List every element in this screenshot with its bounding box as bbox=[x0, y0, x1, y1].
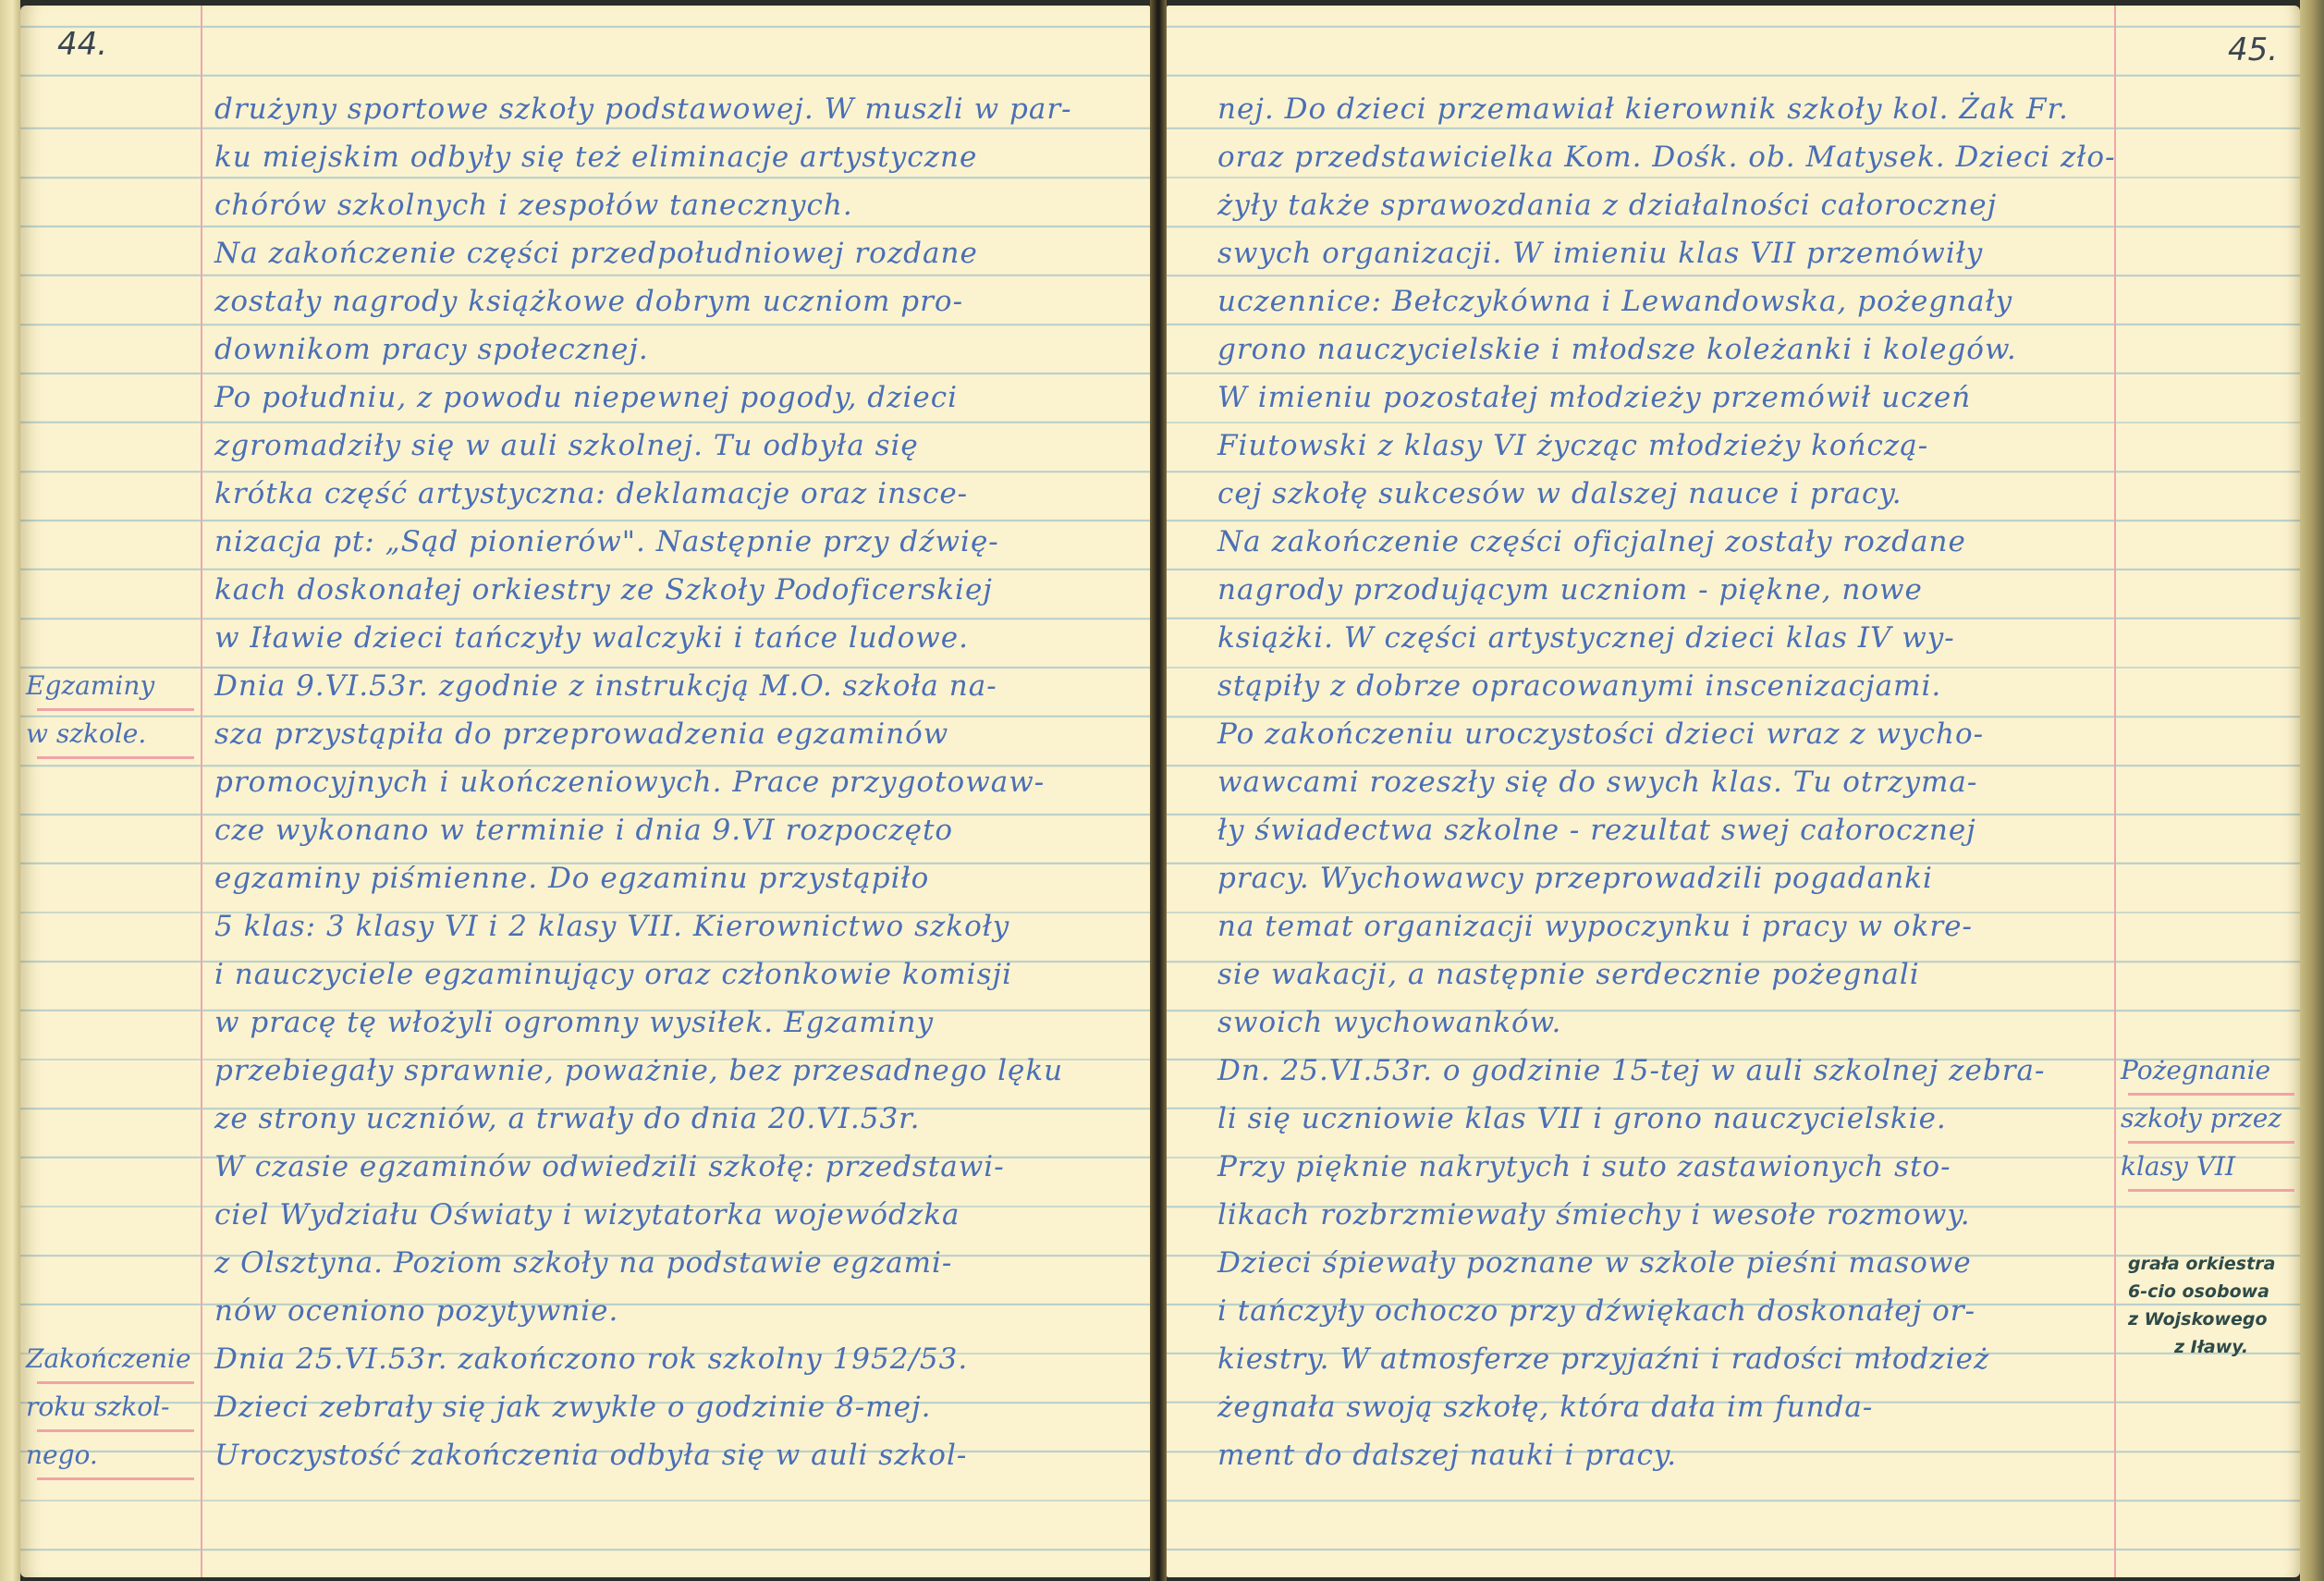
text-line: Uroczystość zakończenia odbyła się w aul… bbox=[214, 1437, 967, 1474]
page-number: 44. bbox=[57, 26, 107, 63]
pencil-note-line: 6-cio osobowa bbox=[2128, 1280, 2269, 1304]
pencil-note-line: z Iławy. bbox=[2174, 1335, 2248, 1359]
text-line: swych organizacji. W imieniu klas VII pr… bbox=[1217, 235, 1983, 272]
margin-heading: nego. bbox=[26, 1437, 98, 1474]
text-line: kiestry. W atmosferze przyjaźni i radośc… bbox=[1217, 1341, 1989, 1378]
left-book-edge bbox=[0, 0, 20, 1581]
text-line: li się uczniowie klas VII i grono nauczy… bbox=[1217, 1100, 1947, 1137]
text-line: downikom pracy społecznej. bbox=[214, 331, 649, 368]
text-line: Dzieci śpiewały poznane w szkole pieśni … bbox=[1217, 1244, 1972, 1281]
text-line: 5 klas: 3 klasy VI i 2 klasy VII. Kierow… bbox=[214, 908, 1009, 945]
margin-heading: w szkole. bbox=[26, 716, 146, 753]
text-line: żegnała swoją szkołę, która dała im fund… bbox=[1217, 1389, 1873, 1426]
text-line: oraz przedstawicielka Kom. Dośk. ob. Mat… bbox=[1217, 139, 2116, 176]
text-line: cej szkołę sukcesów w dalszej nauce i pr… bbox=[1217, 475, 1902, 512]
text-line: cze wykonano w terminie i dnia 9.VI rozp… bbox=[214, 812, 953, 849]
text-line: i nauczyciele egzaminujący oraz członkow… bbox=[214, 956, 1012, 993]
margin-heading-underline bbox=[37, 756, 194, 759]
text-line: Dnia 25.VI.53r. zakończono rok szkolny 1… bbox=[214, 1341, 968, 1378]
text-line: grono nauczycielskie i młodsze koleżanki… bbox=[1217, 331, 2017, 368]
margin-heading-underline bbox=[37, 708, 194, 711]
margin-heading: Egzaminy bbox=[26, 668, 154, 705]
text-line: W czasie egzaminów odwiedzili szkołę: pr… bbox=[214, 1148, 1005, 1185]
text-line: drużyny sportowe szkoły podstawowej. W m… bbox=[214, 91, 1072, 128]
text-line: chórów szkolnych i zespołów tanecznych. bbox=[214, 187, 853, 224]
page-number: 45. bbox=[2228, 31, 2278, 68]
margin-heading-underline bbox=[37, 1429, 194, 1432]
text-line: Po południu, z powodu niepewnej pogody, … bbox=[214, 379, 958, 416]
text-line: w pracę tę włożyli ogromny wysiłek. Egza… bbox=[214, 1004, 934, 1041]
text-line: ły świadectwa szkolne - rezultat swej ca… bbox=[1217, 812, 1976, 849]
margin-heading-underline bbox=[37, 1477, 194, 1480]
right-page: 45. nej. Do dzieci przemawiał kierownik … bbox=[1167, 6, 2300, 1577]
left-margin-rule bbox=[201, 6, 202, 1577]
pencil-note-line: z Wojskowego bbox=[2128, 1307, 2268, 1331]
text-line: stąpiły z dobrze opracowanymi inscenizac… bbox=[1217, 668, 1941, 705]
text-line: Dnia 9.VI.53r. zgodnie z instrukcją M.O.… bbox=[214, 668, 997, 705]
text-line: W imieniu pozostałej młodzieży przemówił… bbox=[1217, 379, 1971, 416]
right-book-edge bbox=[2300, 0, 2324, 1581]
text-line: likach rozbrzmiewały śmiechy i wesołe ro… bbox=[1217, 1196, 1971, 1233]
text-line: Fiutowski z klasy VI życząc młodzieży ko… bbox=[1217, 427, 1928, 464]
text-line: przebiegały sprawnie, poważnie, bez prze… bbox=[214, 1052, 1063, 1089]
text-line: krótka część artystyczna: deklamacje ora… bbox=[214, 475, 968, 512]
margin-heading: roku szkol- bbox=[26, 1389, 170, 1426]
pencil-note-line: grała orkiestra bbox=[2128, 1252, 2275, 1276]
text-line: uczennice: Bełczykówna i Lewandowska, po… bbox=[1217, 283, 2012, 320]
text-line: zostały nagrody książkowe dobrym uczniom… bbox=[214, 283, 963, 320]
text-line: wawcami rozeszły się do swych klas. Tu o… bbox=[1217, 764, 1977, 801]
text-line: nizacja pt: „Sąd pionierów". Następnie p… bbox=[214, 523, 999, 560]
text-line: ciel Wydziału Oświaty i wizytatorka woje… bbox=[214, 1196, 960, 1233]
text-line: z Olsztyna. Poziom szkoły na podstawie e… bbox=[214, 1244, 952, 1281]
text-line: pracy. Wychowawcy przeprowadzili pogadan… bbox=[1217, 860, 1933, 897]
text-line: zgromadziły się w auli szkolnej. Tu odby… bbox=[214, 427, 919, 464]
text-line: Na zakończenie części oficjalnej zostały… bbox=[1217, 523, 1966, 560]
text-line: żyły także sprawozdania z działalności c… bbox=[1217, 187, 1997, 224]
text-line: ku miejskim odbyły się też eliminacje ar… bbox=[214, 139, 977, 176]
text-line: Dzieci zebrały się jak zwykle o godzinie… bbox=[214, 1389, 931, 1426]
text-line: nów oceniono pozytywnie. bbox=[214, 1293, 618, 1330]
text-line: swoich wychowanków. bbox=[1217, 1004, 1561, 1041]
text-line: Dn. 25.VI.53r. o godzinie 15-tej w auli … bbox=[1217, 1052, 2045, 1089]
text-line: na temat organizacji wypoczynku i pracy … bbox=[1217, 908, 1973, 945]
margin-heading-underline bbox=[2128, 1141, 2294, 1144]
text-line: nagrody przodującym uczniom - piękne, no… bbox=[1217, 571, 1923, 608]
text-line: ment do dalszej nauki i pracy. bbox=[1217, 1437, 1677, 1474]
margin-heading-underline bbox=[2128, 1189, 2294, 1192]
text-line: w Iławie dzieci tańczyły walczyki i tańc… bbox=[214, 619, 969, 656]
text-line: ze strony uczniów, a trwały do dnia 20.V… bbox=[214, 1100, 920, 1137]
text-line: i tańczyły ochoczo przy dźwiękach doskon… bbox=[1217, 1293, 1975, 1330]
text-line: nej. Do dzieci przemawiał kierownik szko… bbox=[1217, 91, 2069, 128]
margin-heading-underline bbox=[2128, 1093, 2294, 1096]
text-line: Na zakończenie części przedpołudniowej r… bbox=[214, 235, 978, 272]
book-gutter bbox=[1150, 0, 1167, 1581]
text-line: Przy pięknie nakrytych i suto zastawiony… bbox=[1217, 1148, 1951, 1185]
text-line: egzaminy piśmienne. Do egzaminu przystąp… bbox=[214, 860, 929, 897]
left-page: 44. drużyny sportowe szkoły podstawowej.… bbox=[20, 6, 1150, 1577]
margin-heading: Pożegnanie bbox=[2121, 1052, 2270, 1089]
text-line: Po zakończeniu uroczystości dzieci wraz … bbox=[1217, 716, 1984, 753]
margin-heading: klasy VII bbox=[2121, 1148, 2235, 1185]
margin-heading-underline bbox=[37, 1381, 194, 1384]
text-line: promocyjnych i ukończeniowych. Prace prz… bbox=[214, 764, 1045, 801]
margin-heading: szkoły przez bbox=[2121, 1100, 2281, 1137]
right-margin-rule bbox=[2114, 6, 2116, 1577]
text-line: sie wakacji, a następnie serdecznie poże… bbox=[1217, 956, 1920, 993]
text-line: kach doskonałej orkiestry ze Szkoły Podo… bbox=[214, 571, 993, 608]
text-line: sza przystąpiła do przeprowadzenia egzam… bbox=[214, 716, 948, 753]
margin-heading: Zakończenie bbox=[26, 1341, 191, 1378]
text-line: książki. W części artystycznej dzieci kl… bbox=[1217, 619, 1955, 656]
